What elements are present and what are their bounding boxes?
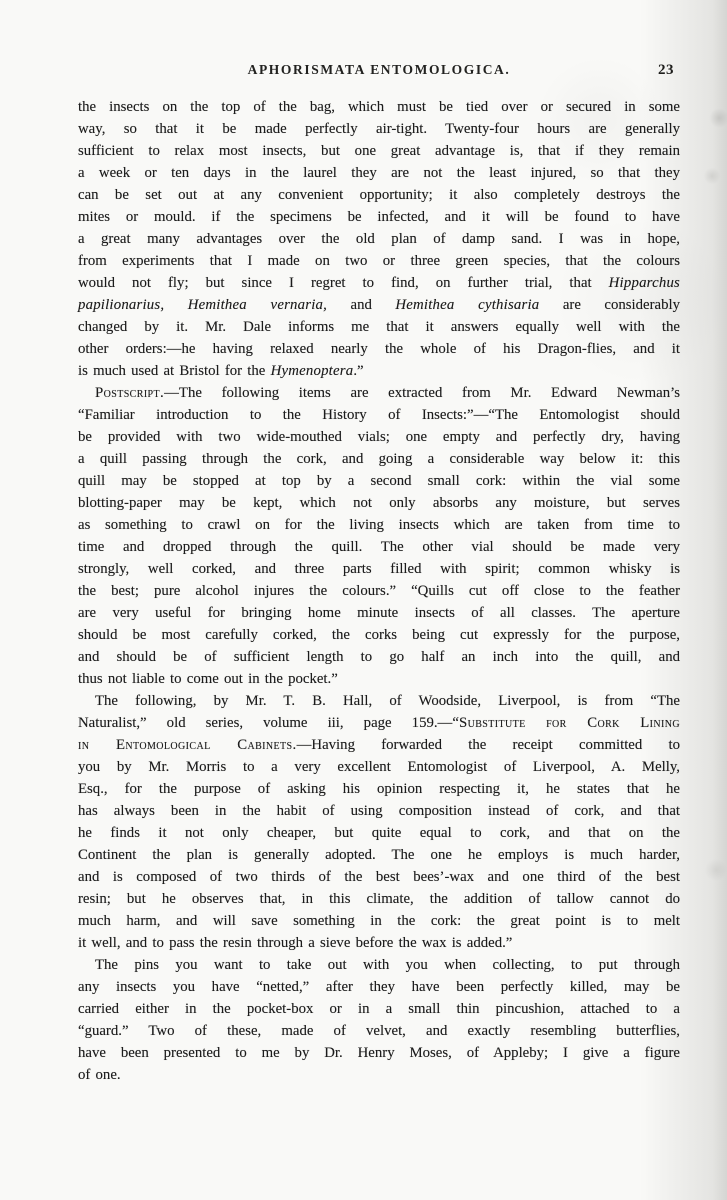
text-line: you by Mr. Morris to a very excellent En… xyxy=(78,756,680,778)
text-line: The following, by Mr. T. B. Hall, of Woo… xyxy=(78,690,680,712)
italic-species-name: Hymenoptera xyxy=(271,363,354,379)
text-line: Naturalist,” old series, volume iii, pag… xyxy=(78,712,680,734)
text-line: other orders:—he having relaxed nearly t… xyxy=(78,338,680,360)
text-line: of one. xyxy=(78,1064,680,1086)
small-caps-heading: Substitute for Cork Lining xyxy=(459,715,680,731)
text-line: way, so that it be made perfectly air-ti… xyxy=(78,118,680,140)
text-line: The pins you want to take out with you w… xyxy=(78,954,680,976)
text-line: carried either in the pocket-box or in a… xyxy=(78,998,680,1020)
text-line: are very useful for bringing home minute… xyxy=(78,602,680,624)
text-line: from experiments that I made on two or t… xyxy=(78,250,680,272)
text-line: is much used at Bristol for the Hymenopt… xyxy=(78,360,680,382)
text-line: time and dropped through the quill. The … xyxy=(78,536,680,558)
text-line: a great many advantages over the old pla… xyxy=(78,228,680,250)
text-line: has always been in the habit of using co… xyxy=(78,800,680,822)
text-line: can be set out at any convenient opportu… xyxy=(78,184,680,206)
small-caps-heading: Postscript. xyxy=(95,385,164,401)
text-line: and is composed of two thirds of the bes… xyxy=(78,866,680,888)
text-line: papilionarius, Hemithea vernaria, and He… xyxy=(78,294,680,316)
italic-species-name: Hemithea vernaria, xyxy=(188,297,327,313)
italic-species-name: Hipparchus xyxy=(609,275,680,291)
text-line: Continent the plan is generally adopted.… xyxy=(78,844,680,866)
text-line: changed by it. Mr. Dale informs me that … xyxy=(78,316,680,338)
text-line: any insects you have “netted,” after the… xyxy=(78,976,680,998)
paragraph: Postscript.—The following items are extr… xyxy=(78,382,680,690)
text-line: the best; pure alcohol injures the colou… xyxy=(78,580,680,602)
text-line: the insects on the top of the bag, which… xyxy=(78,96,680,118)
paragraph: The following, by Mr. T. B. Hall, of Woo… xyxy=(78,690,680,954)
text-line: it well, and to pass the resin through a… xyxy=(78,932,680,954)
italic-species-name: papilionarius, xyxy=(78,297,164,313)
text-line: Postscript.—The following items are extr… xyxy=(78,382,680,404)
paragraph: the insects on the top of the bag, which… xyxy=(78,96,680,382)
paragraph: The pins you want to take out with you w… xyxy=(78,954,680,1086)
small-caps-heading: in Entomological Cabinets. xyxy=(78,737,297,753)
text-line: should be most carefully corked, the cor… xyxy=(78,624,680,646)
text-line: “guard.” Two of these, made of velvet, a… xyxy=(78,1020,680,1042)
text-line: in Entomological Cabinets.—Having forwar… xyxy=(78,734,680,756)
text-line: would not fly; but since I regret to fin… xyxy=(78,272,680,294)
running-header-title: APHORISMATA ENTOMOLOGICA. xyxy=(78,58,680,82)
text-line: and should be of sufficient length to go… xyxy=(78,646,680,668)
text-line: a quill passing through the cork, and go… xyxy=(78,448,680,470)
text-line: resin; but he observes that, in this cli… xyxy=(78,888,680,910)
text-line: quill may be stopped at top by a second … xyxy=(78,470,680,492)
text-column: the insects on the top of the bag, which… xyxy=(78,96,680,1086)
text-line: strongly, well corked, and three parts f… xyxy=(78,558,680,580)
text-line: be provided with two wide-mouthed vials;… xyxy=(78,426,680,448)
text-line: thus not liable to come out in the pocke… xyxy=(78,668,680,690)
text-line: “Familiar introduction to the History of… xyxy=(78,404,680,426)
page-number: 23 xyxy=(658,58,674,82)
text-line: sufficient to relax most insects, but on… xyxy=(78,140,680,162)
text-line: he finds it not only cheaper, but quite … xyxy=(78,822,680,844)
text-line: a week or ten days in the laurel they ar… xyxy=(78,162,680,184)
page-header: APHORISMATA ENTOMOLOGICA. 23 xyxy=(78,58,680,82)
text-line: mites or mould. if the specimens be infe… xyxy=(78,206,680,228)
text-line: much harm, and will save something in th… xyxy=(78,910,680,932)
scanned-book-page: APHORISMATA ENTOMOLOGICA. 23 the insects… xyxy=(0,0,727,1200)
text-line: as something to crawl on for the living … xyxy=(78,514,680,536)
italic-species-name: Hemithea cythisaria xyxy=(395,297,539,313)
text-line: blotting-paper may be kept, which not on… xyxy=(78,492,680,514)
text-line: have been presented to me by Dr. Henry M… xyxy=(78,1042,680,1064)
text-line: Esq., for the purpose of asking his opin… xyxy=(78,778,680,800)
